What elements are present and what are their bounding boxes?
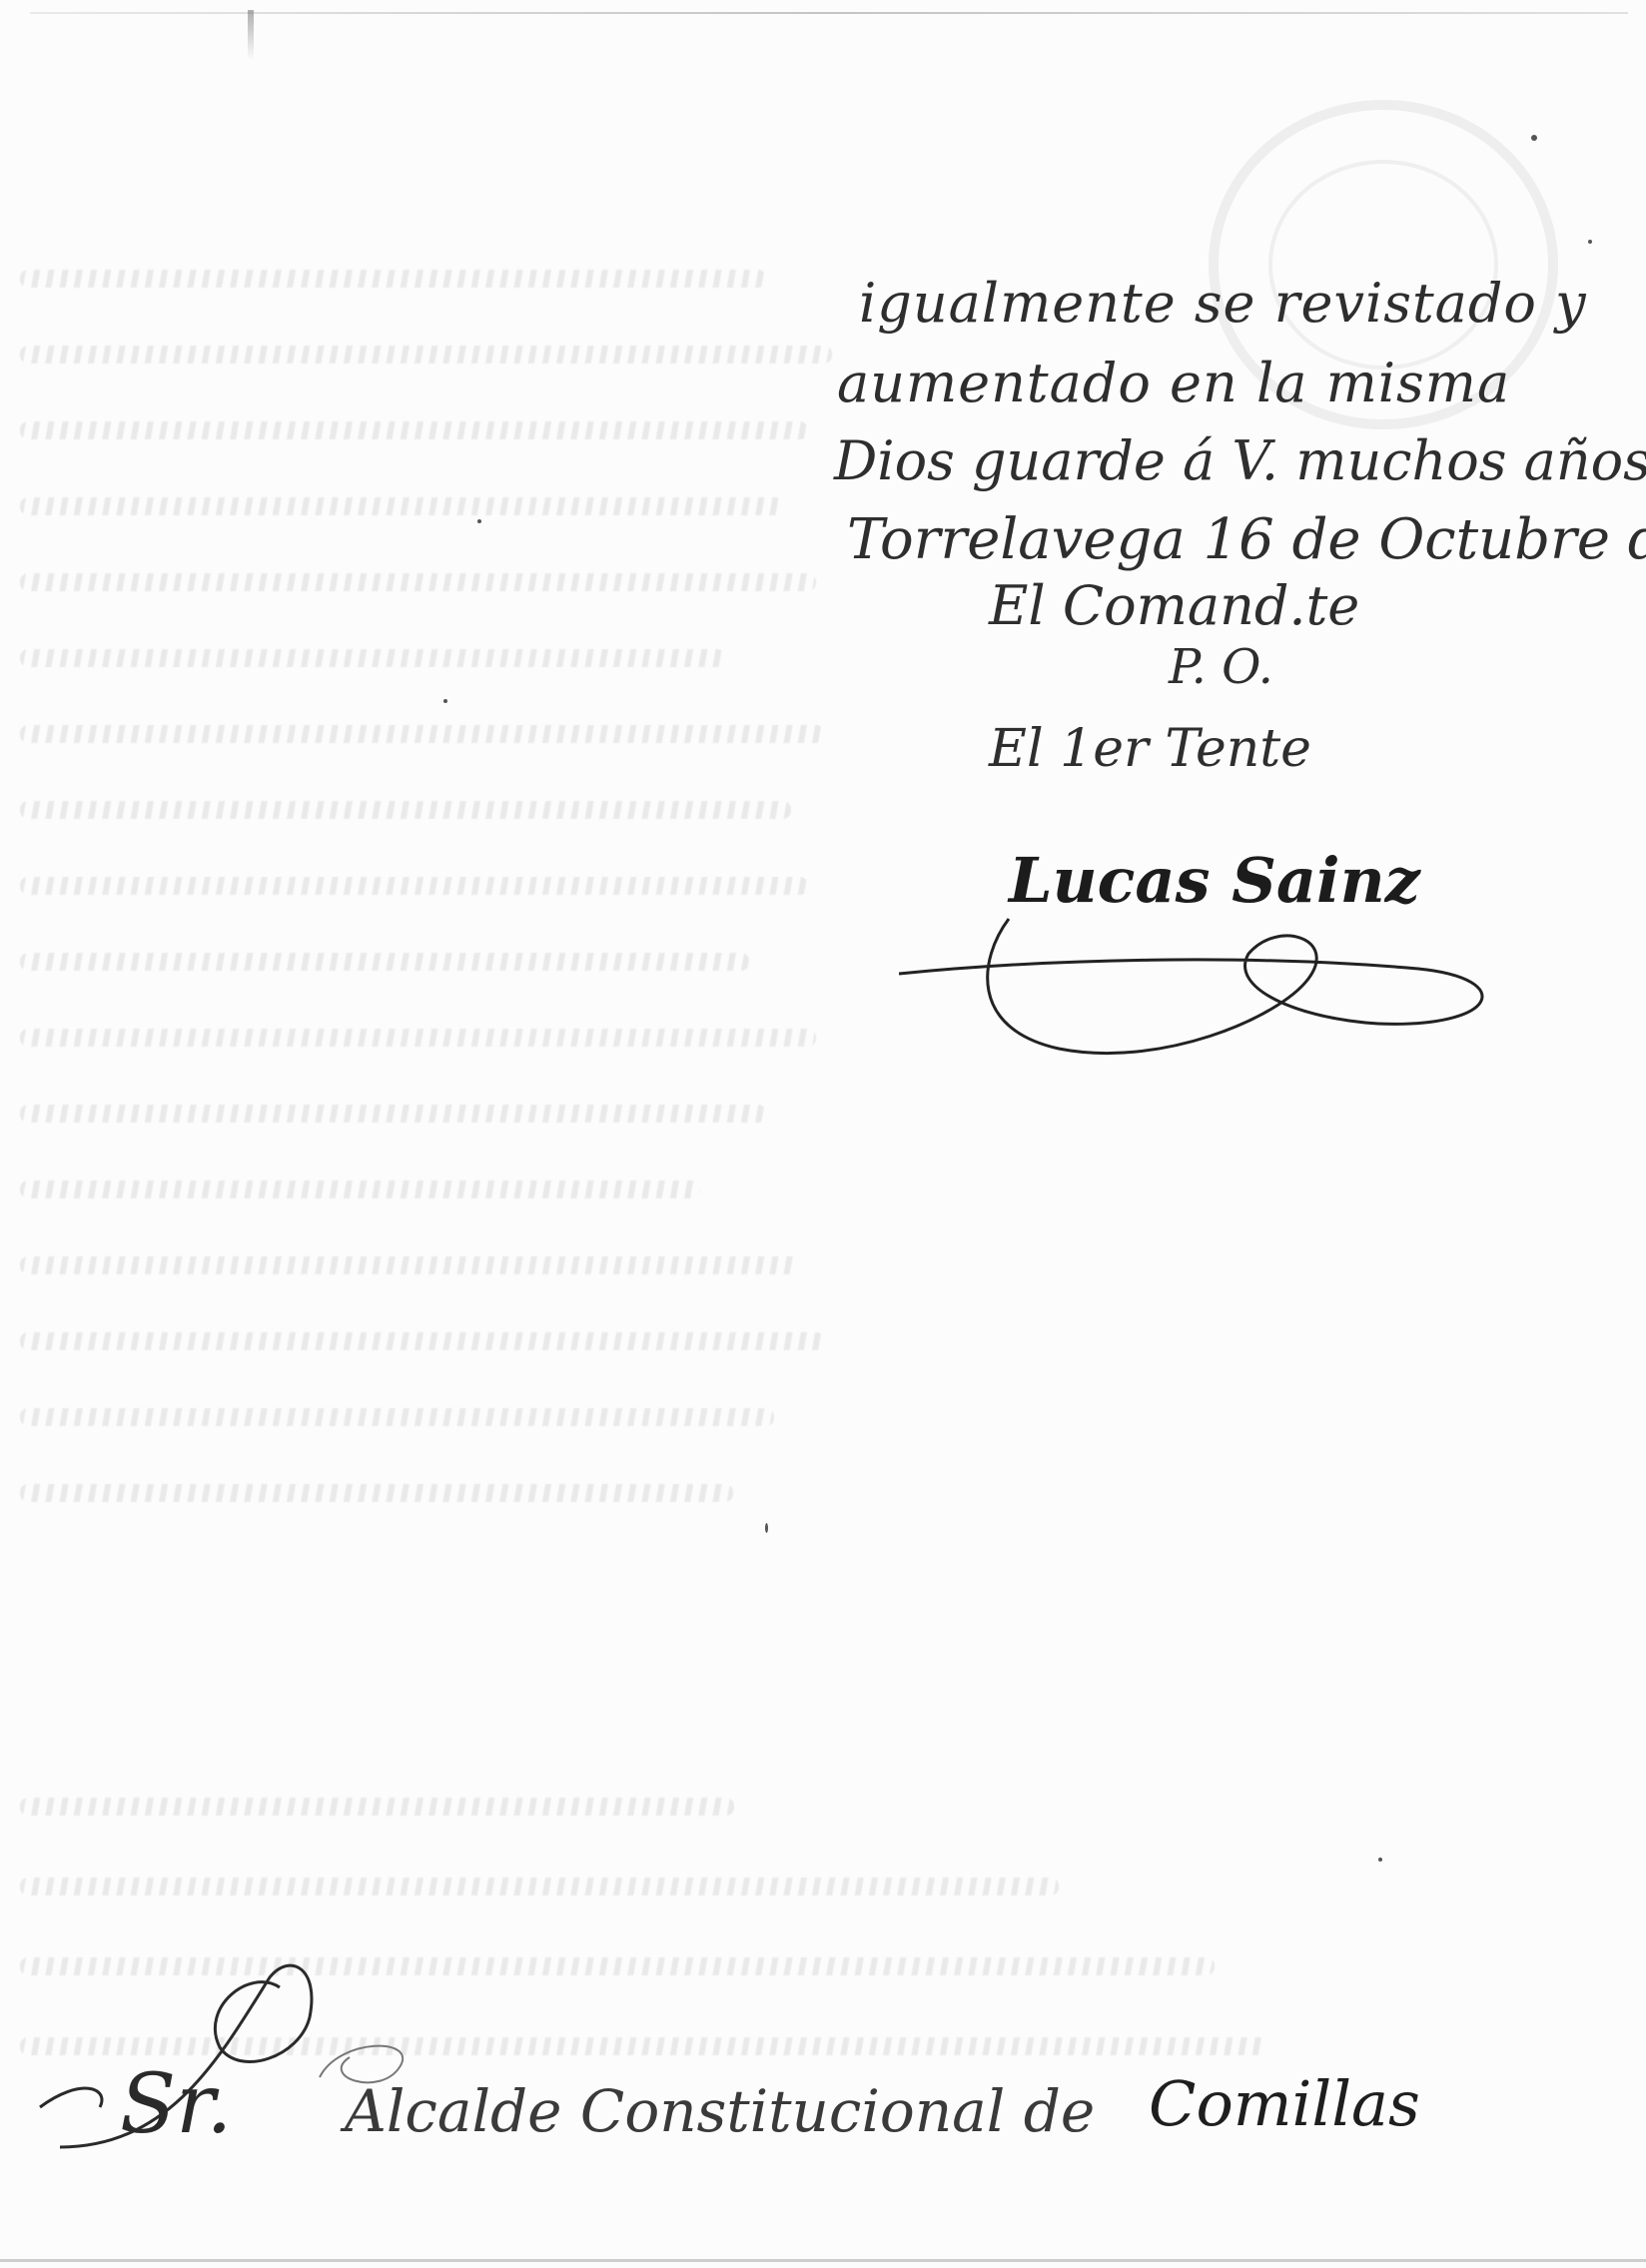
bleed-through-text (20, 270, 849, 1560)
address-salutation: Sr. (120, 2057, 232, 2152)
page-top-edge (30, 12, 1628, 14)
address-recipient-title: Alcalde Constitucional de (345, 2077, 1095, 2145)
body-line-1: igualmente se revistado y (859, 272, 1587, 335)
signature-flourish (899, 899, 1518, 1079)
signer-rank: El 1er Tente (989, 719, 1311, 779)
place-date-line: Torrelavega 16 de Octubre de 18.. (847, 507, 1646, 572)
fold-mark (248, 10, 254, 60)
por-orden: P. O. (1169, 639, 1273, 695)
page-bottom-edge (0, 2259, 1646, 2262)
body-line-2: aumentado en la misma (837, 352, 1510, 414)
address-place: Comillas (1149, 2067, 1420, 2140)
seal-inner-ring (1268, 160, 1498, 370)
closing-line: Dios guarde á V. muchos años. (834, 429, 1646, 492)
document-page: igualmente se revistado y aumentado en l… (0, 0, 1646, 2268)
sender-title: El Comand.te (989, 574, 1359, 637)
